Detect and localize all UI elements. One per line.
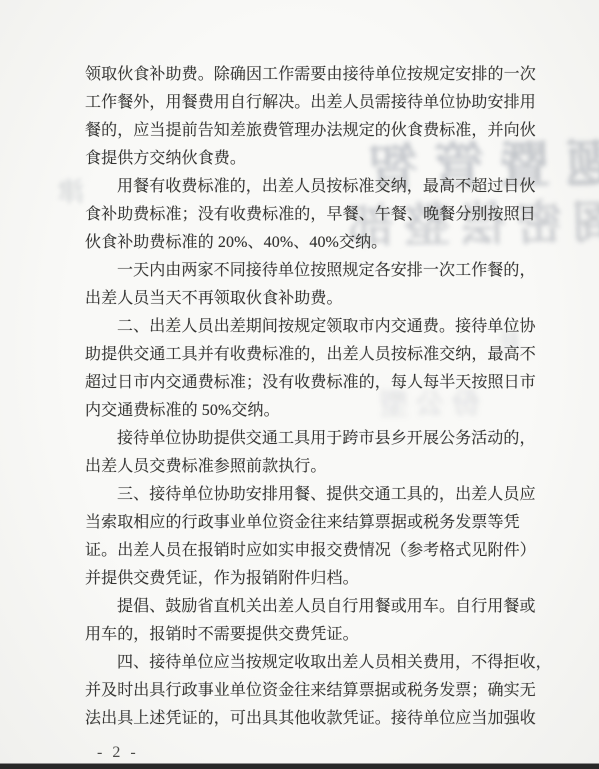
text-line: 出差人员当天不再领取伙食补助费。	[85, 285, 555, 313]
text-line: 法出具上述凭证的，可出具其他收款凭证。接待单位应当加强收	[85, 705, 555, 733]
scanned-document-page: 题暨管智 阁密偿整部 津 份公型 耗 领取伙食补助费。除确因工作需要由接待单位按…	[0, 0, 599, 769]
text-line: 用车的，报销时不需要提供交费凭证。	[85, 621, 555, 649]
text-line: 并及时出具行政事业单位资金往来结算票据或税务发票；确实无	[85, 677, 555, 705]
text-line: 并提供交费凭证，作为报销附件归档。	[85, 565, 555, 593]
text-line: 助提供交通工具并有收费标准的，出差人员按标准交纳，最高不	[85, 341, 555, 369]
text-line: 食补助费标准；没有收费标准的，早餐、午餐、晚餐分别按照日	[85, 201, 555, 229]
bleed-through-artifact: 津	[58, 172, 85, 209]
text-line: 一天内由两家不同接待单位按照规定各安排一次工作餐的，	[85, 257, 555, 285]
text-line: 餐的，应当提前告知差旅费管理办法规定的伙食费标准，并向伙	[85, 117, 555, 145]
text-line: 证。出差人员在报销时应如实申报交费情况（参考格式见附件）	[85, 537, 555, 565]
text-line: 提倡、鼓励省直机关出差人员自行用餐或用车。自行用餐或	[85, 593, 555, 621]
text-line: 二、出差人员出差期间按规定领取市内交通费。接待单位协	[85, 313, 555, 341]
text-line: 超过日市内交通费标准；没有收费标准的，每人每半天按照日市	[85, 369, 555, 397]
text-line: 伙食补助费标准的 20%、40%、40%交纳。	[85, 229, 555, 257]
text-line: 接待单位协助提供交通工具用于跨市县乡开展公务活动的，	[85, 425, 555, 453]
text-line: 当索取相应的行政事业单位资金往来结算票据或税务发票等凭	[85, 509, 555, 537]
document-body-text: 领取伙食补助费。除确因工作需要由接待单位按规定安排的一次工作餐外，用餐费用自行解…	[85, 61, 555, 733]
text-line: 领取伙食补助费。除确因工作需要由接待单位按规定安排的一次	[85, 61, 555, 89]
scanner-edge-artifact	[0, 763, 599, 769]
text-line: 食提供方交纳伙食费。	[85, 145, 555, 173]
text-line: 用餐有收费标准的，出差人员按标准交纳，最高不超过日伙	[85, 173, 555, 201]
text-line: 四、接待单位应当按规定收取出差人员相关费用，不得拒收，	[85, 649, 555, 677]
page-number: - 2 -	[97, 744, 139, 762]
text-line: 三、接待单位协助安排用餐、提供交通工具的，出差人员应	[85, 481, 555, 509]
text-line: 工作餐外，用餐费用自行解决。出差人员需接待单位协助安排用	[85, 89, 555, 117]
text-line: 出差人员交费标准参照前款执行。	[85, 453, 555, 481]
text-line: 内交通费标准的 50%交纳。	[85, 397, 555, 425]
